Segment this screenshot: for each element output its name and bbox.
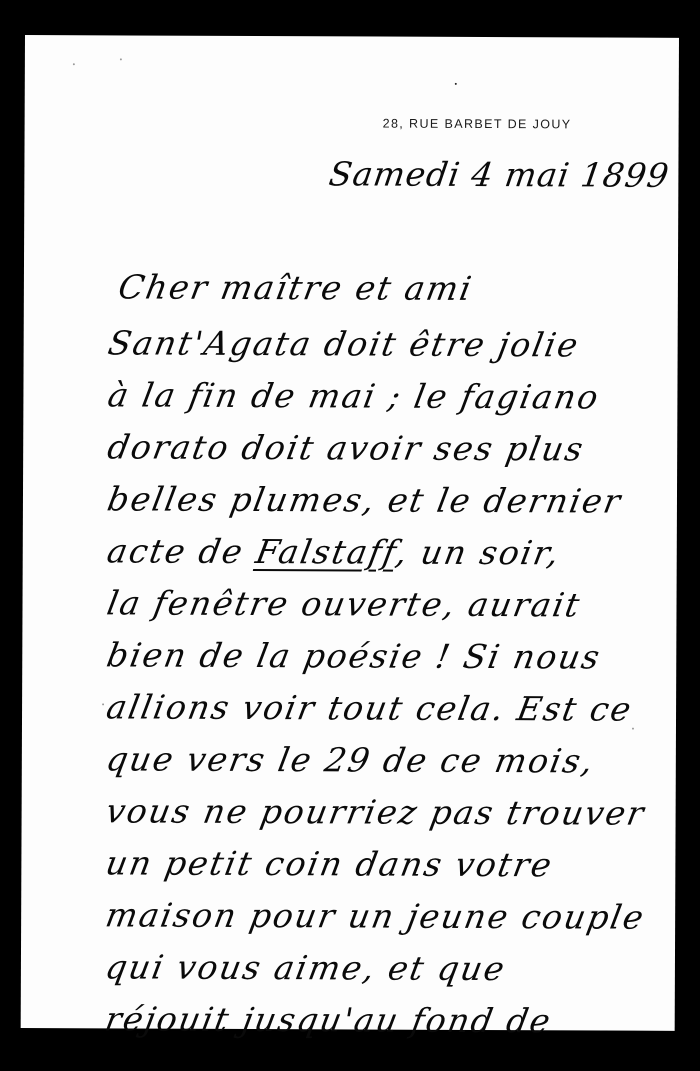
scan-speck — [102, 703, 104, 705]
letter-paper: 28, RUE BARBET DE JOUY Samedi 4 mai 1899… — [21, 35, 679, 1031]
body-line-11: un petit coin dans votre — [103, 843, 556, 884]
scan-speck — [632, 728, 634, 730]
body-line-5-start: acte de — [104, 531, 247, 571]
salutation: Cher maître et ami — [115, 267, 476, 308]
body-line-10: vous ne pourriez pas trouver — [103, 791, 649, 832]
letterhead-address: 28, RUE BARBET DE JOUY — [383, 117, 572, 132]
scan-speck — [120, 58, 122, 60]
body-line-7: bien de la poésie ! Si nous — [104, 635, 605, 676]
body-line-1: Sant'Agata doit être jolie — [105, 323, 583, 364]
body-line-6: la fenêtre ouverte, aurait — [104, 583, 584, 624]
body-line-2: à la fin de mai ; le fagiano — [105, 375, 603, 416]
body-line-4: belles plumes, et le dernier — [104, 479, 625, 520]
scan-speck — [73, 63, 75, 65]
body-line-13: qui vous aime, et que — [102, 947, 509, 988]
body-line-12: maison pour un jeune couple — [103, 895, 649, 936]
body-line-14: réjouit jusqu'au fond de — [102, 999, 555, 1040]
body-line-3: dorato doit avoir ses plus — [105, 427, 588, 468]
scan-speck — [455, 83, 457, 85]
body-line-5-end: , un soir, — [393, 533, 564, 573]
opera-title-falstaff: Falstaff — [253, 532, 400, 572]
body-line-8: allions voir tout cela. Est ce — [104, 687, 636, 728]
body-line-9: que vers le 29 de ce mois, — [103, 739, 598, 780]
scanned-letter: 28, RUE BARBET DE JOUY Samedi 4 mai 1899… — [0, 0, 700, 1071]
letter-date: Samedi 4 mai 1899 — [327, 154, 672, 194]
body-line-5: acte de Falstaff, un soir, — [104, 531, 564, 572]
